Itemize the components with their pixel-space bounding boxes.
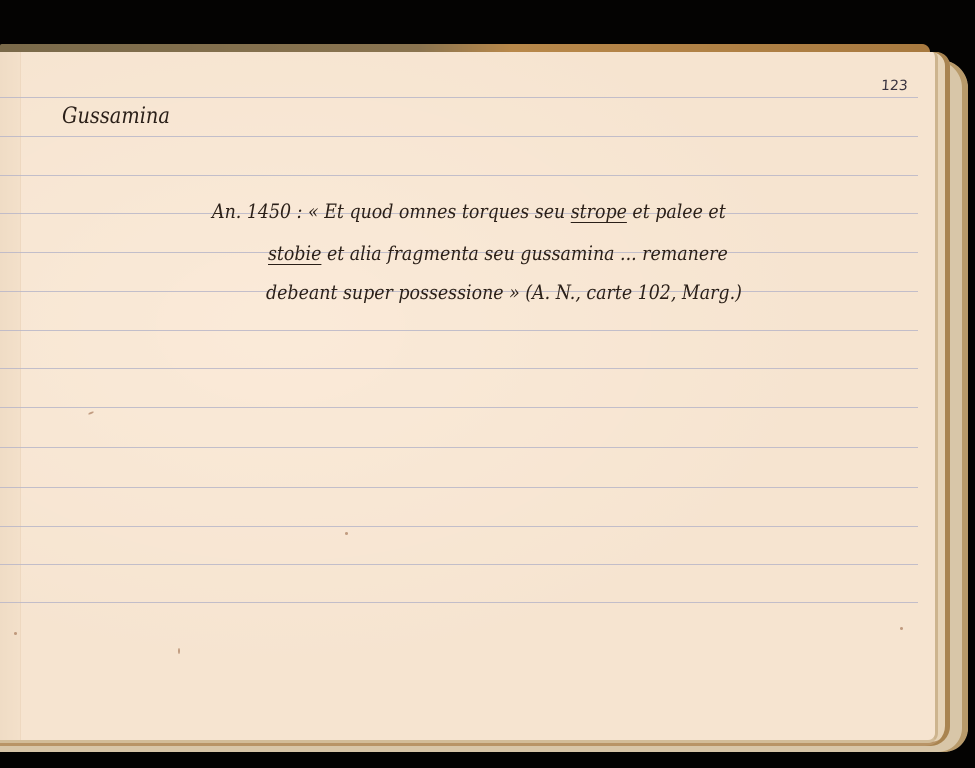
page-gutter — [0, 52, 21, 740]
ruled-line — [0, 136, 918, 137]
entry-line-1-suffix: et palee et — [627, 199, 726, 223]
entry-line-2: stobie et alia fragmenta seu gussamina .… — [268, 241, 728, 265]
notebook-page: 123 Gussamina An. 1450 : « Et quod omnes… — [0, 52, 938, 743]
ruled-line — [0, 487, 918, 488]
entry-line-2-suffix: et alia fragmenta seu gussamina ... rema… — [321, 241, 727, 265]
ruled-line — [0, 175, 918, 176]
entry-line-3: debeant super possessione » (A. N., cart… — [266, 280, 742, 304]
ruled-line — [0, 407, 918, 408]
ruled-line — [0, 97, 918, 98]
ruled-line — [0, 368, 918, 369]
entry-heading: Gussamina — [62, 104, 170, 129]
page-number: 123 — [880, 78, 908, 94]
paper-speck — [14, 632, 17, 635]
entry-line-1-prefix: An. 1450 : « Et quod omnes torques seu — [212, 199, 571, 223]
scan-background: 123 Gussamina An. 1450 : « Et quod omnes… — [0, 0, 975, 768]
paper-speck — [178, 648, 180, 654]
paper-speck — [88, 411, 94, 415]
ruled-line — [0, 447, 918, 448]
ruled-line — [0, 564, 918, 565]
ruled-line — [0, 526, 918, 527]
entry-line-1: An. 1450 : « Et quod omnes torques seu s… — [212, 199, 726, 223]
ruled-line — [0, 330, 918, 331]
paper-speck — [900, 627, 903, 630]
underlined-word-stobie: stobie — [268, 241, 321, 265]
underlined-word-strope: strope — [571, 199, 627, 223]
ruled-line — [0, 602, 918, 603]
paper-speck — [345, 532, 348, 535]
